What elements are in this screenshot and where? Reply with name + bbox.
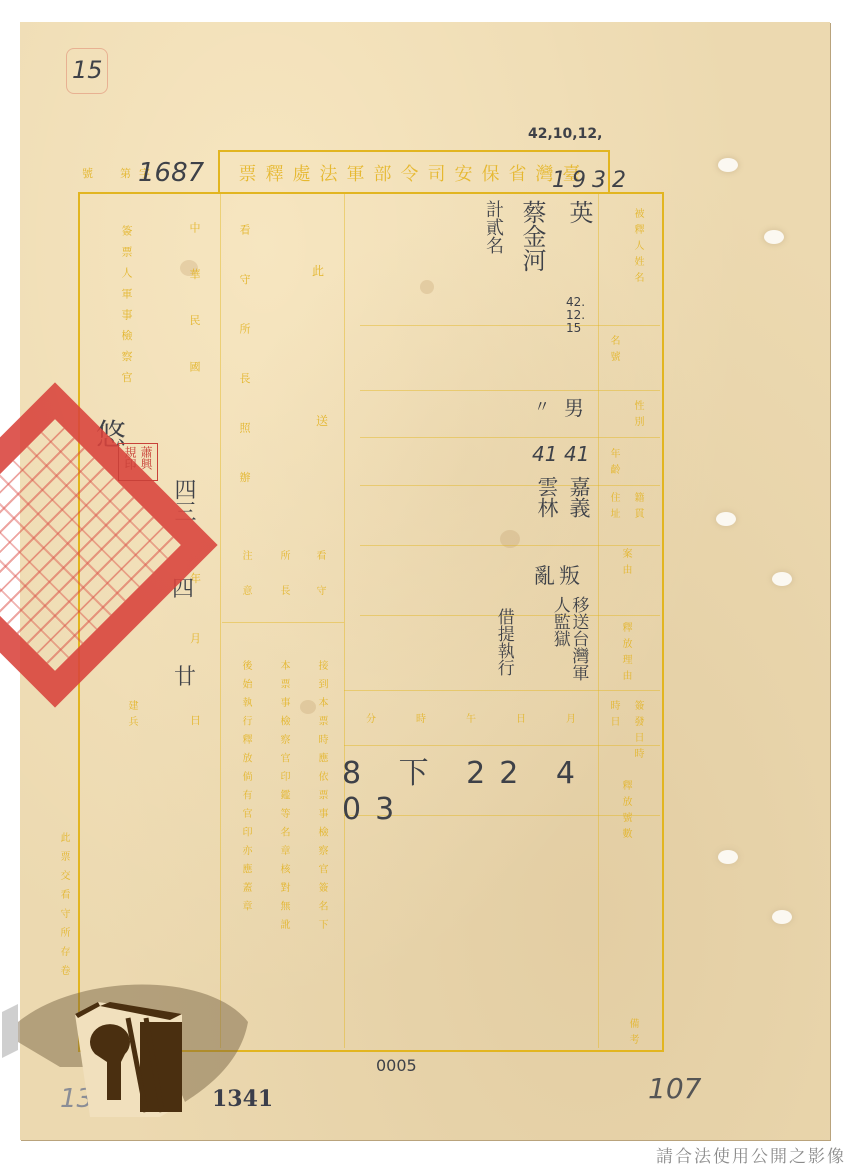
month-label: 月: [190, 630, 201, 646]
time-label-ampm: 午: [466, 710, 476, 725]
field-release-number: 釋放號數: [618, 780, 633, 844]
right-pencil-mark: 107: [648, 1072, 701, 1105]
hw-person-2: 英: [562, 200, 597, 224]
field-time: 時日: [606, 700, 621, 732]
field-release-reason: 釋放理由: [618, 622, 633, 686]
title-annotation: 1932: [552, 168, 632, 193]
footer-note: 此票交看守所存卷: [56, 832, 71, 984]
hw-native-1: 嘉義: [564, 476, 594, 518]
notice-label-3: 注意: [238, 550, 253, 620]
usage-watermark: 請合法使用公開之影像: [656, 1142, 846, 1167]
row-divider: [222, 622, 344, 623]
form-title: 臺灣省保安司令部軍法處釋票: [239, 160, 590, 186]
notice-label-1: 看守: [312, 550, 327, 620]
hw-age-2: 41: [532, 442, 557, 466]
punch-hole: [716, 512, 736, 526]
hw-gender-2: 〃: [534, 394, 550, 417]
field-gender: 性別: [630, 400, 645, 432]
row-divider: [360, 485, 660, 486]
stamped-date: 42,10,12,: [528, 126, 602, 142]
detention-label: 看守所長照辦: [236, 224, 252, 521]
hw-age-note: 42.12.15: [566, 296, 590, 335]
sheet-code: 0005: [376, 1056, 417, 1075]
time-label-month: 月: [566, 710, 576, 725]
hw-person-1: 蔡金河: [520, 200, 544, 272]
time-label-row: 月 日 午 時 分: [366, 710, 576, 725]
date-prefix: 中華民國: [186, 222, 202, 407]
column-divider: [344, 194, 345, 1048]
field-case: 案由: [618, 548, 633, 580]
field-age: 年齡: [606, 448, 621, 480]
signatory-label: 簽票人軍事檢察官: [118, 225, 134, 392]
field-native-place: 籍貫: [630, 492, 645, 524]
row-divider: [344, 690, 660, 691]
issuer-suffix: 建兵: [124, 700, 139, 732]
archive-logo-icon: [0, 972, 250, 1117]
page-mark: 15: [72, 56, 103, 84]
hw-date-day: 廿: [174, 660, 196, 691]
day-label: 日: [190, 712, 201, 728]
row-divider: [360, 545, 660, 546]
hw-native-2: 雲林: [532, 476, 562, 518]
hw-release-datetime: 4 22 下 8 30: [342, 748, 592, 827]
instruction-3: 後始執行釋放倘有官印亦應蓋章: [238, 660, 253, 919]
row-divider: [360, 390, 660, 391]
field-issue-time: 簽發日時: [630, 700, 645, 764]
this-prompt: 此: [312, 262, 324, 279]
hw-release-reason-2: 借提執行: [494, 608, 513, 688]
hw-case: 叛亂: [534, 560, 584, 590]
field-alias: 名號: [606, 335, 621, 367]
punch-hole: [718, 850, 738, 864]
form-number-value: 1687: [138, 158, 204, 188]
column-divider: [598, 194, 599, 1048]
time-label-day: 日: [516, 710, 526, 725]
send-label: 送: [316, 412, 328, 429]
hw-person-count: 計貳名: [480, 200, 506, 254]
hw-age-1: 41: [564, 442, 589, 466]
punch-hole: [772, 572, 792, 586]
field-address: 住址: [606, 492, 621, 524]
field-released-person: 被釋人姓名: [630, 208, 645, 288]
row-divider: [360, 437, 660, 438]
time-label-minute: 分: [366, 710, 376, 725]
punch-hole: [718, 158, 738, 172]
punch-hole: [764, 230, 784, 244]
hw-gender-1: 男: [564, 392, 584, 421]
instruction-2: 本票事檢察官印鑑等名章核對無訛: [276, 660, 291, 938]
instruction-1: 接到本票時應依票事檢察官簽名下: [314, 660, 329, 938]
row-divider: [344, 745, 660, 746]
column-divider: [220, 194, 221, 1048]
row-divider: [360, 325, 660, 326]
notice-label-2: 所長: [276, 550, 291, 620]
time-label-hour: 時: [416, 710, 426, 725]
hw-release-reason-1: 移送台灣軍人監獄: [550, 596, 587, 696]
personal-seal: 蕭興規印: [118, 443, 158, 481]
field-remarks: 備考: [625, 1018, 640, 1050]
punch-hole: [772, 910, 792, 924]
